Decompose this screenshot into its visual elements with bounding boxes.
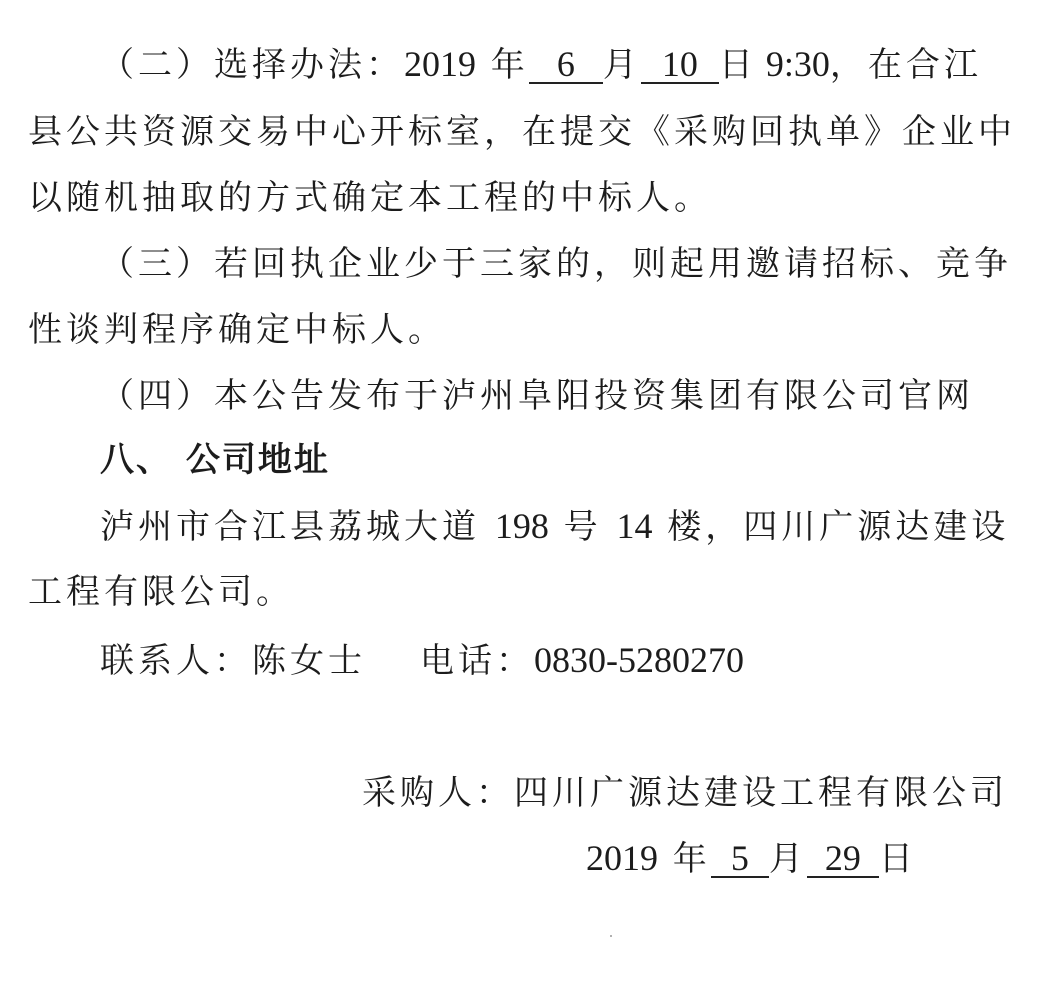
address-part-c: 楼，四川广源达建设 [652, 507, 1009, 547]
section-2-line-1-rest: ，在合江 [830, 45, 982, 85]
address-number-198: 198 [495, 506, 549, 546]
day-unit: 日 [719, 45, 757, 85]
month-unit: 月 [603, 45, 641, 85]
purchaser-signature: 采购人：四川广源达建设工程有限公司 [362, 773, 1008, 813]
phone-label: 电话： [420, 641, 534, 681]
selection-day: 10 [641, 46, 719, 84]
signature-month: 5 [711, 840, 769, 878]
section-4-line-1: （四）本公告发布于泸州阜阳投资集团有限公司官网 [100, 376, 974, 416]
section-8-heading: 八、 公司地址 [100, 440, 330, 480]
contact-person: 联系人：陈女士 [100, 641, 366, 681]
selection-month: 6 [529, 46, 603, 84]
section-3-line-1: （三）若回执企业少于三家的，则起用邀请招标、竞争 [100, 244, 1012, 284]
address-part-b: 号 [549, 507, 617, 547]
selection-time: 9:30 [757, 44, 830, 84]
signature-year-unit: 年 [658, 839, 711, 879]
address-line-2: 工程有限公司。 [28, 572, 294, 612]
address-floor-14: 14 [616, 506, 652, 546]
section-2-line-1: （二）选择办法：2019 年6月10日 9:30，在合江 [100, 44, 982, 85]
year-unit: 年 [476, 45, 529, 85]
address-line-1: 泸州市合江县荔城大道 198 号 14 楼，四川广源达建设 [100, 506, 1009, 547]
document-page: （二）选择办法：2019 年6月10日 9:30，在合江 县公共资源交易中心开标… [0, 0, 1063, 984]
address-part-a: 泸州市合江县荔城大道 [100, 507, 495, 547]
signature-day-unit: 日 [879, 839, 917, 879]
contact-line: 联系人：陈女士电话：0830-5280270 [100, 640, 744, 681]
section-2-line-2: 县公共资源交易中心开标室，在提交《采购回执单》企业中 [28, 112, 1016, 152]
signature-month-unit: 月 [769, 839, 807, 879]
scan-speck [610, 935, 612, 937]
signature-date: 2019 年5月29日 [586, 838, 917, 879]
signature-day: 29 [807, 840, 879, 878]
signature-year: 2019 [586, 838, 658, 878]
section-3-line-2: 性谈判程序确定中标人。 [28, 310, 446, 350]
selection-year: 2019 [404, 44, 476, 84]
phone-number: 0830-5280270 [534, 640, 744, 680]
section-2-prefix: （二）选择办法： [100, 45, 404, 85]
section-2-line-3: 以随机抽取的方式确定本工程的中标人。 [28, 178, 712, 218]
